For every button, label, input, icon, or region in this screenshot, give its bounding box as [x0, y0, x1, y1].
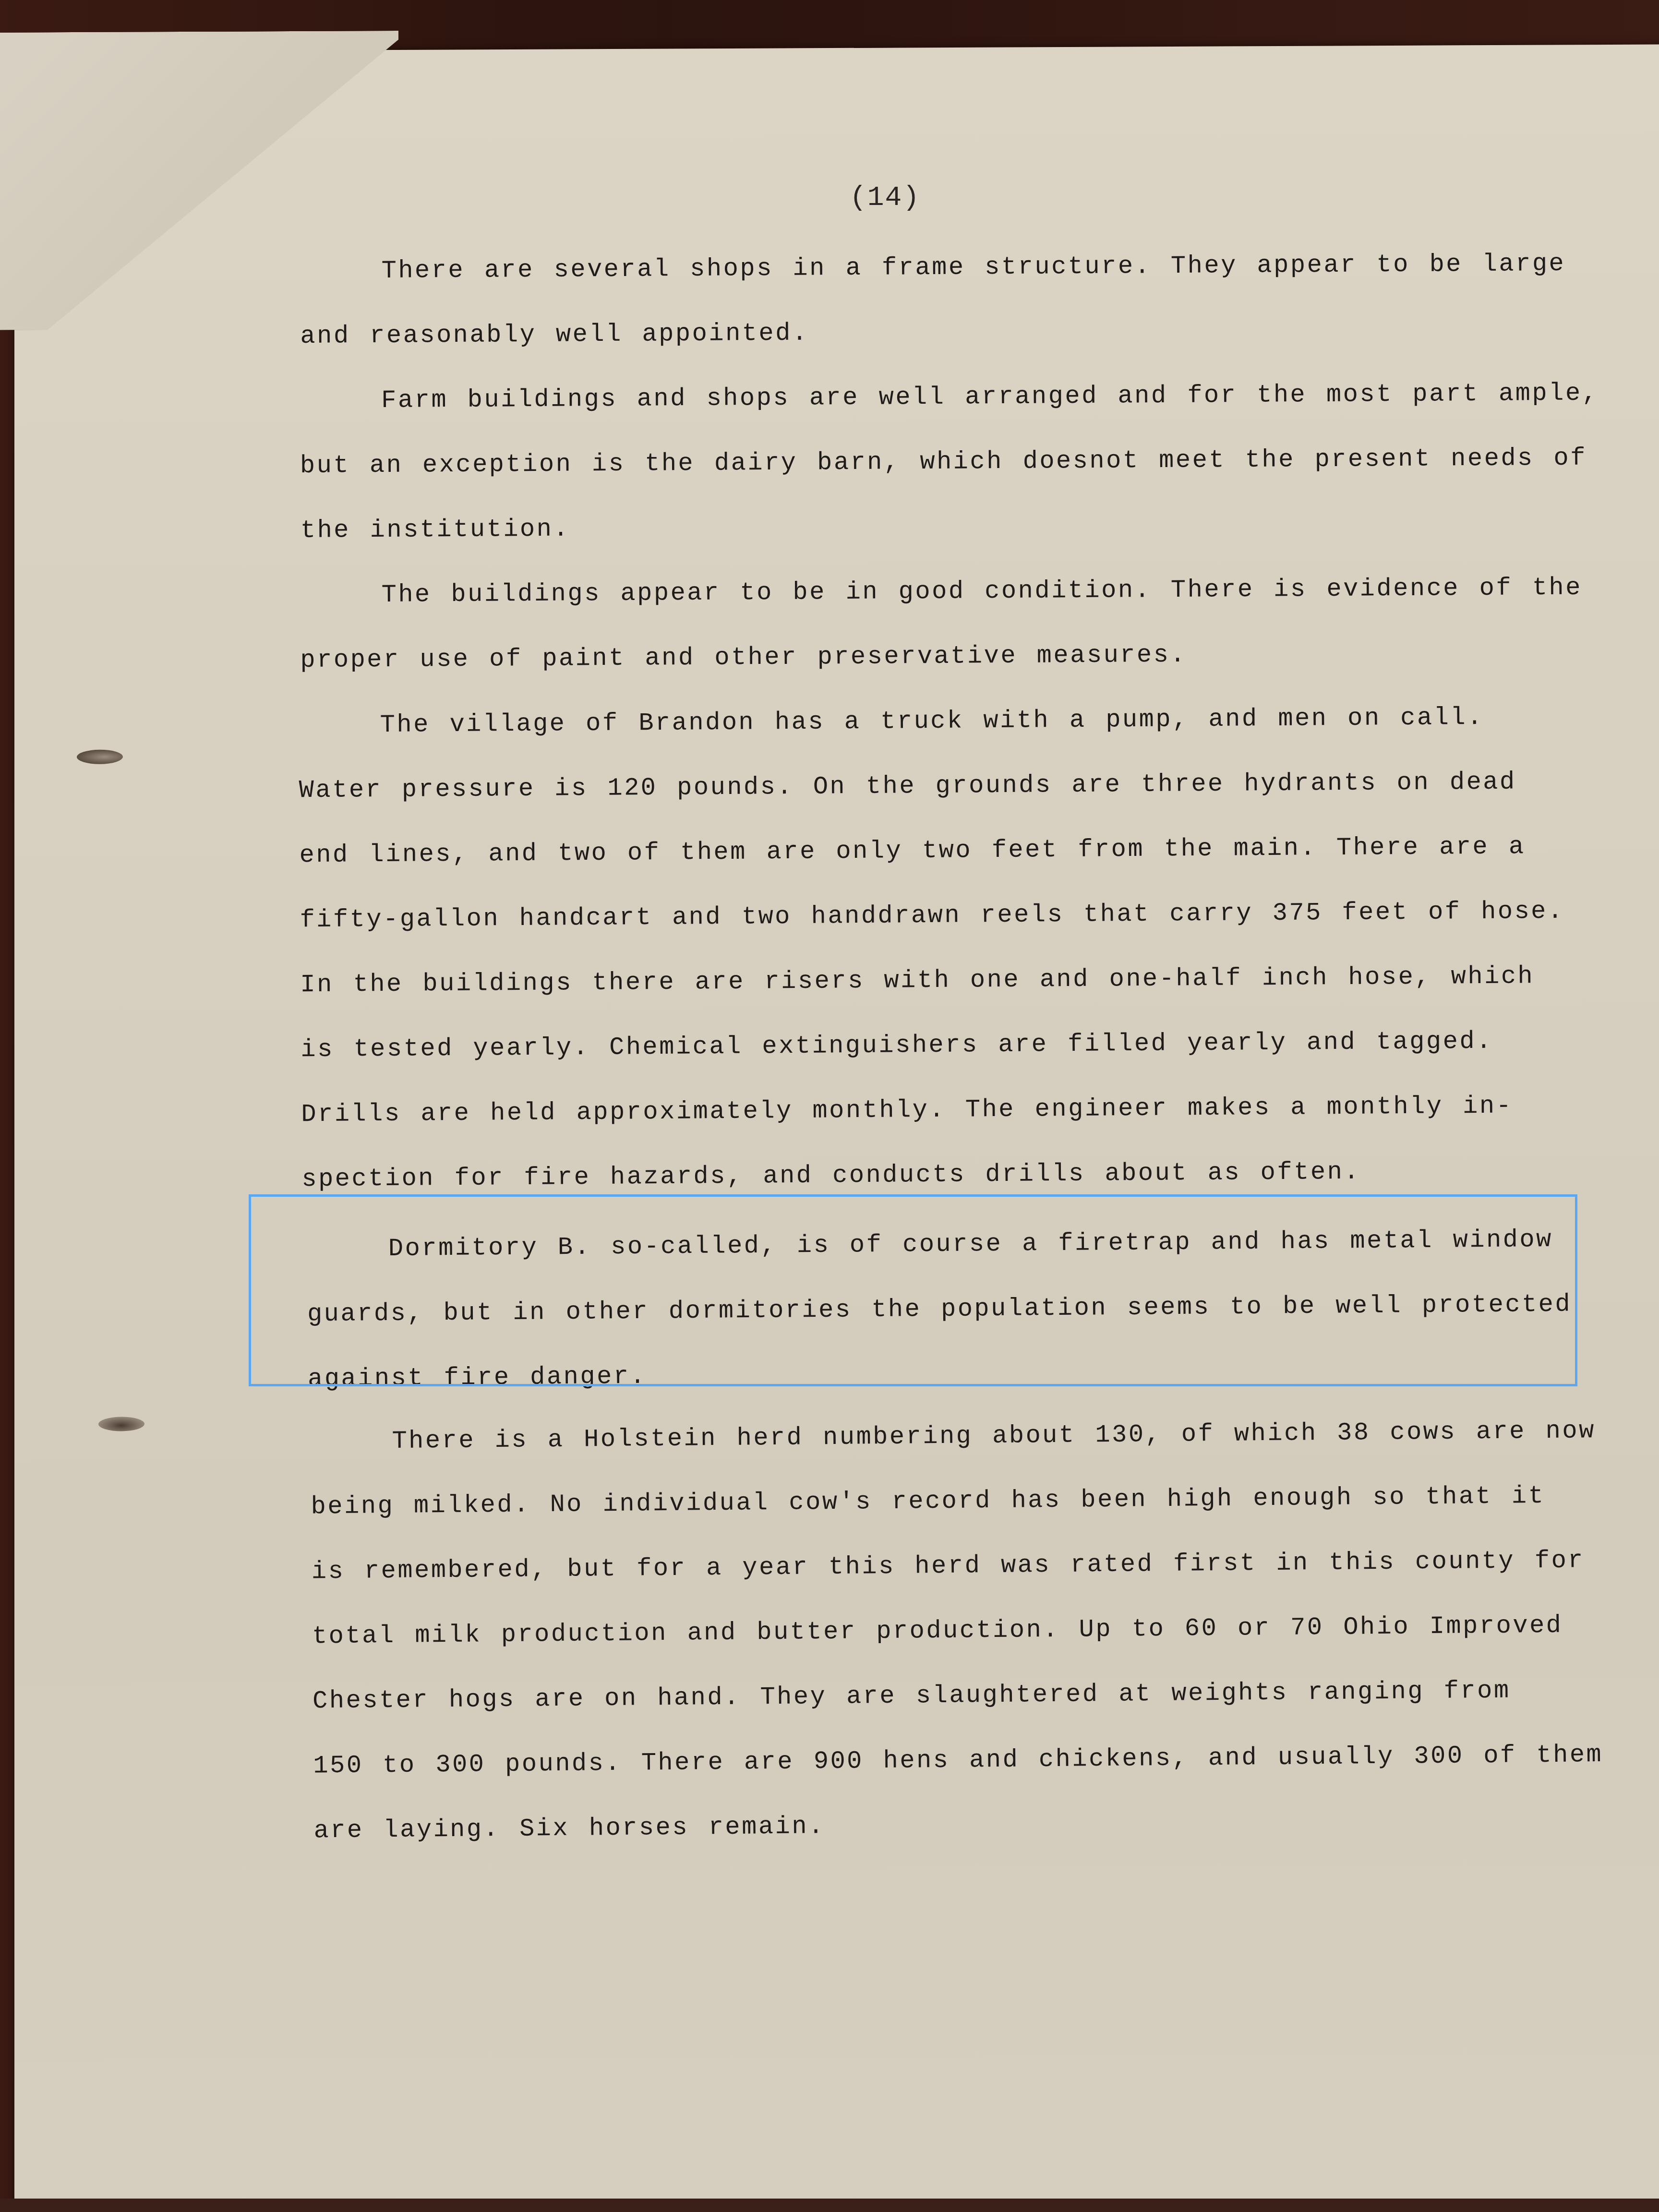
paragraph-livestock: There is a Holstein herd numbering about… [310, 1399, 1572, 1863]
text-line: 150 to 300 pounds. There are 900 hens an… [313, 1723, 1571, 1799]
text-line: The buildings appear to be in good condi… [300, 555, 1558, 628]
text-line: There is a Holstein herd numbering about… [310, 1399, 1568, 1475]
text-line: fifty-gallon handcart and two handdrawn … [300, 879, 1558, 952]
punch-hole [98, 1417, 144, 1431]
text-line: proper use of paint and other preservati… [300, 620, 1558, 693]
text-line: total milk production and butter product… [312, 1593, 1570, 1669]
page-number: (14) [850, 182, 920, 214]
text-line: Chester hogs are on hand. They are slaug… [313, 1658, 1571, 1734]
paragraph-shops: There are several shops in a frame struc… [300, 231, 1558, 369]
text-line: but an exception is the dairy barn, whic… [300, 426, 1558, 498]
text-line: Farm buildings and shops are well arrang… [300, 361, 1558, 433]
desk-edge [0, 2199, 1659, 2212]
text-line: is tested yearly. Chemical extinguishers… [301, 1009, 1559, 1082]
text-line: being milked. No individual cow's record… [311, 1464, 1569, 1539]
text-line: the institution. [300, 491, 1558, 563]
text-line: Water pressure is 120 pounds. On the gro… [299, 749, 1557, 823]
text-line: are laying. Six horses remain. [313, 1788, 1572, 1863]
text-line: In the buildings there are risers with o… [300, 944, 1558, 1017]
text-line: end lines, and two of them are only two … [299, 814, 1557, 888]
text-line: Drills are held approximately monthly. T… [301, 1073, 1559, 1147]
paragraph-building-condition: The buildings appear to be in good condi… [300, 555, 1558, 693]
text-line: and reasonably well appointed. [300, 296, 1558, 369]
highlight-box[interactable] [249, 1194, 1577, 1386]
text-line: is remembered, but for a year this herd … [311, 1528, 1569, 1604]
punch-hole [77, 750, 123, 764]
text-line: There are several shops in a frame struc… [300, 231, 1558, 304]
paragraph-farm-buildings: Farm buildings and shops are well arrang… [300, 361, 1558, 563]
text-line: The village of Brandon has a truck with … [298, 685, 1556, 758]
paragraph-fire-protection: The village of Brandon has a truck with … [298, 685, 1559, 1212]
